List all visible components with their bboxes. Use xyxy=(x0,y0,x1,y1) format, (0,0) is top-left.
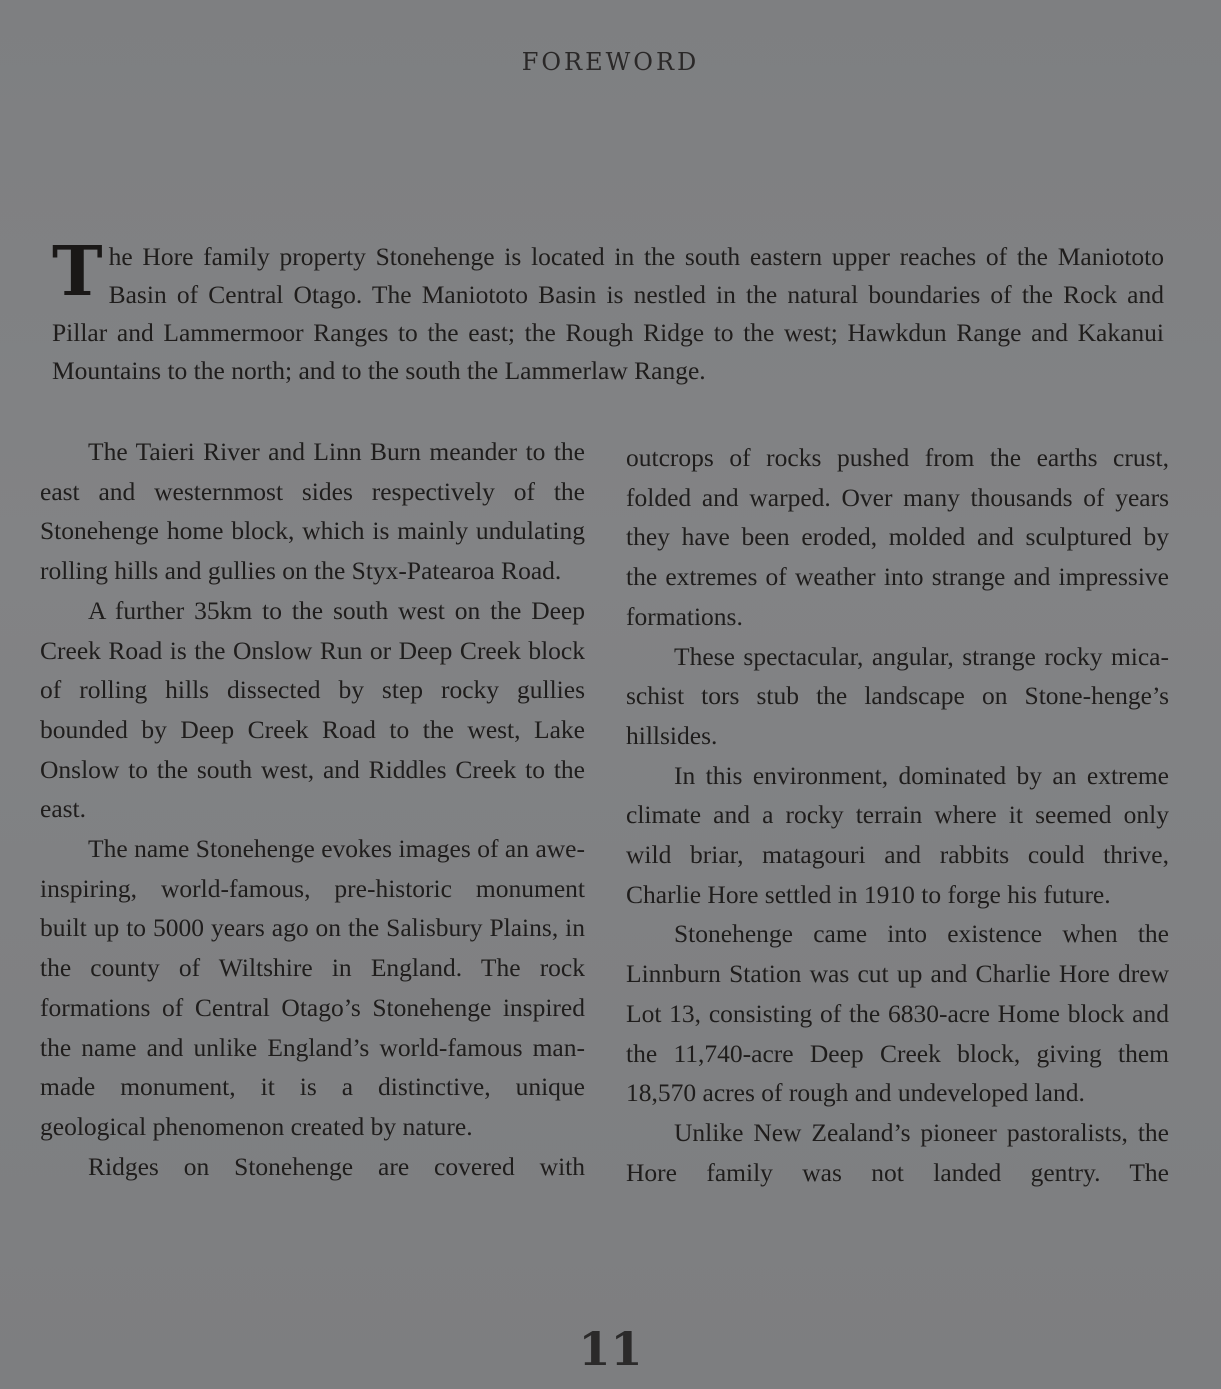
paragraph: outcrops of rocks pushed from the earths… xyxy=(626,438,1169,637)
paragraph: Stonehenge came into existence when the … xyxy=(626,914,1169,1113)
chapter-heading: FOREWORD xyxy=(0,48,1221,76)
drop-cap: T xyxy=(52,244,103,300)
paragraph: In this environment, dominated by an ext… xyxy=(626,756,1169,915)
right-column: outcrops of rocks pushed from the earths… xyxy=(626,438,1169,1192)
paragraph: A further 35km to the south west on the … xyxy=(40,591,585,829)
paragraph: Ridges on Stonehenge are covered with xyxy=(40,1147,585,1187)
left-column: The Taieri River and Linn Burn meander t… xyxy=(40,432,585,1186)
paragraph: Unlike New Zealand’s pioneer pastoralist… xyxy=(626,1113,1169,1192)
paragraph: The Taieri River and Linn Burn meander t… xyxy=(40,432,585,591)
paragraph: These spectacular, angular, strange rock… xyxy=(626,637,1169,756)
intro-text: he Hore family property Stonehenge is lo… xyxy=(52,242,1164,385)
intro-paragraph: The Hore family property Stonehenge is l… xyxy=(52,238,1164,390)
paragraph: The name Stonehenge evokes images of an … xyxy=(40,829,585,1147)
page-number: 11 xyxy=(0,1322,1221,1376)
